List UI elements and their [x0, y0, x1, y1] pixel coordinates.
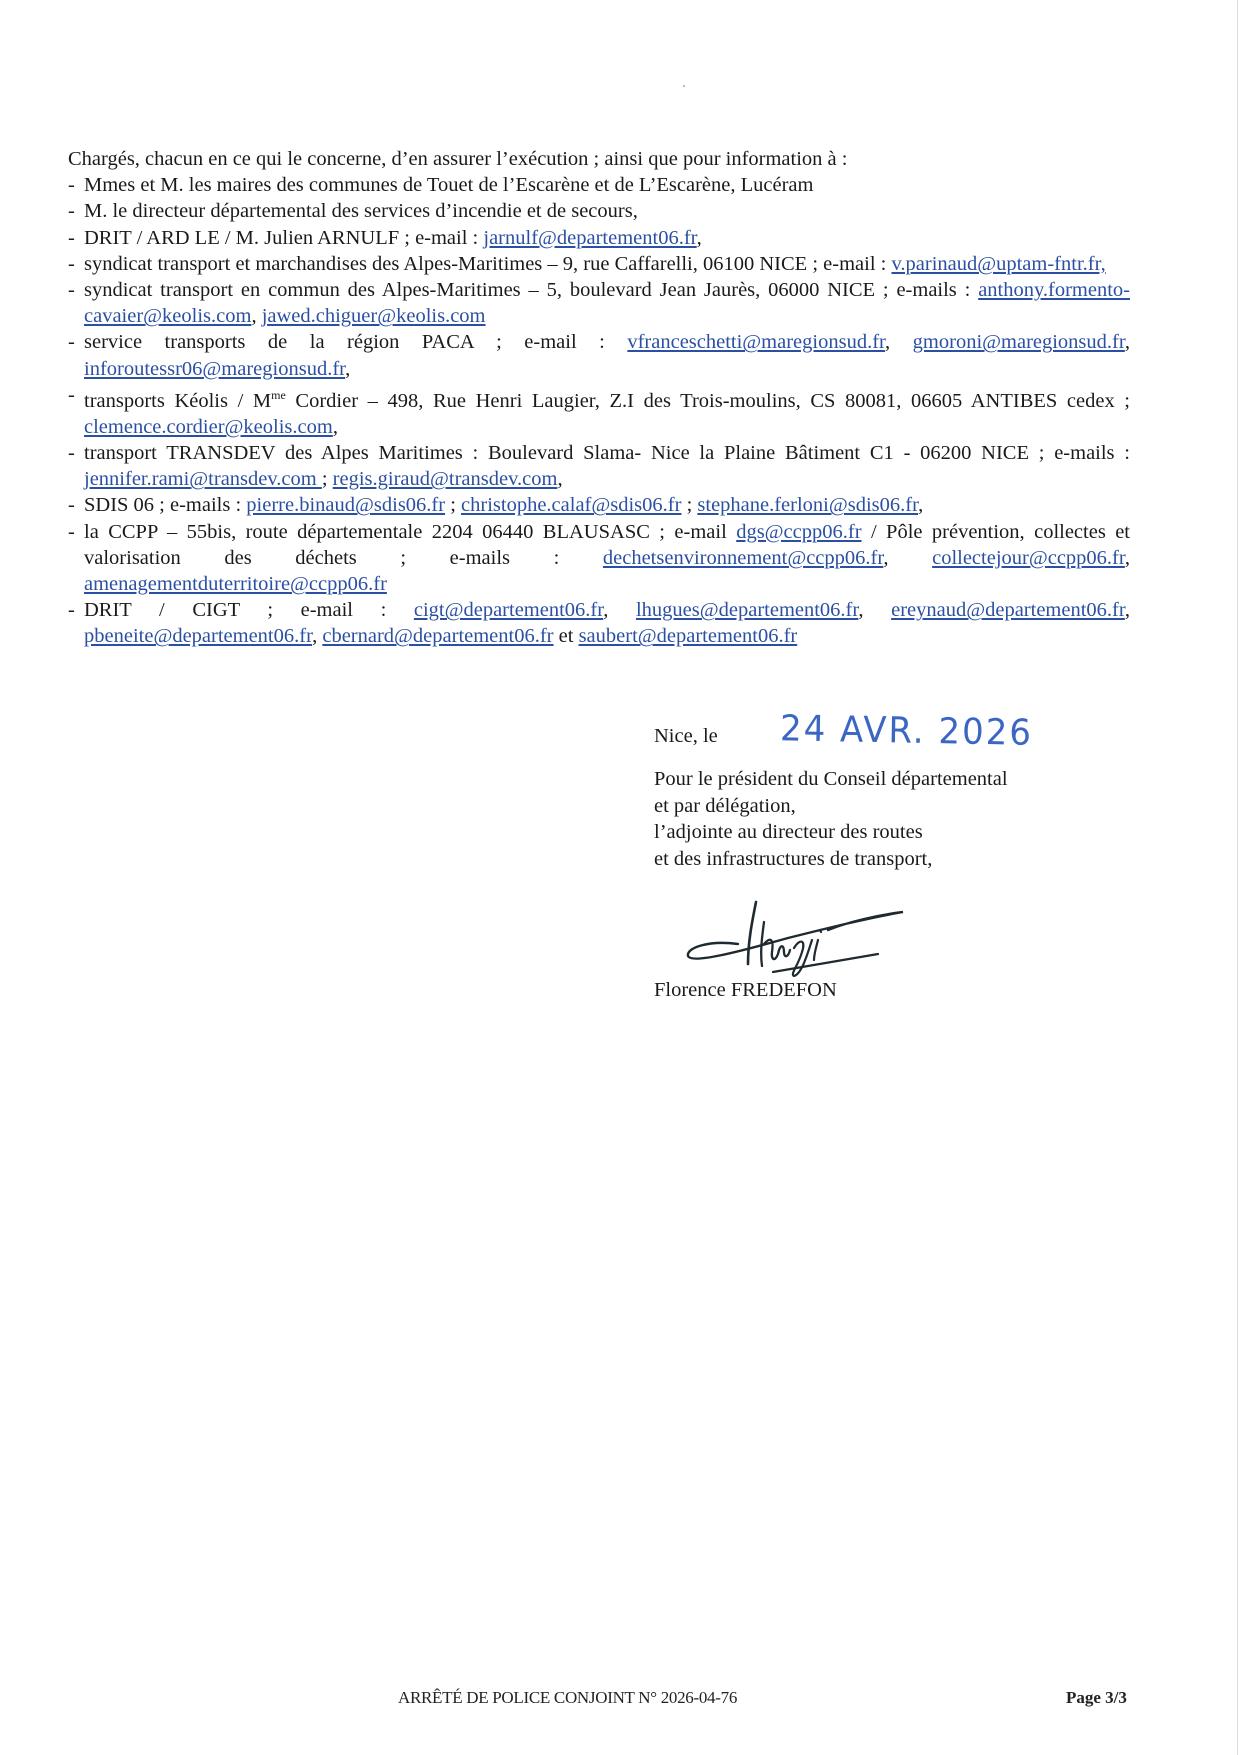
superscript: me — [271, 388, 286, 402]
recipient-list: Mmes et M. les maires des communes de To… — [68, 172, 1130, 649]
recipient-item-ccpp: la CCPP – 55bis, route départementale 22… — [68, 519, 1130, 598]
punctuation: , — [333, 416, 338, 438]
recipient-item-transdev: transport TRANSDEV des Alpes Maritimes :… — [68, 440, 1130, 492]
email-link[interactable]: pbeneite@departement06.fr — [84, 625, 312, 647]
mandate-line: et par délégation, — [654, 793, 1114, 820]
email-link[interactable]: lhugues@departement06.fr — [636, 599, 858, 621]
email-link[interactable]: jennifer.rami@transdev.com — [84, 468, 322, 490]
email-link[interactable]: jawed.chiguer@keolis.com — [262, 305, 486, 327]
intro-paragraph: Chargés, chacun en ce qui le concerne, d… — [68, 146, 1130, 172]
punctuation: , — [345, 358, 350, 380]
punctuation: , — [557, 468, 562, 490]
recipient-item-sdis-director: M. le directeur départemental des servic… — [68, 198, 1130, 224]
distribution-section: Chargés, chacun en ce qui le concerne, d… — [68, 146, 1130, 650]
recipient-text: la CCPP – 55bis, route départementale 22… — [84, 521, 736, 543]
recipient-text: Mmes et M. les maires des communes de To… — [84, 174, 813, 196]
recipient-text: syndicat transport et marchandises des A… — [84, 253, 891, 275]
email-link[interactable]: saubert@departement06.fr — [579, 625, 798, 647]
email-link[interactable]: gmoroni@maregionsud.fr — [913, 331, 1125, 353]
punctuation: , — [918, 494, 923, 516]
separator: ; — [445, 494, 461, 516]
separator: ; — [681, 494, 697, 516]
email-link[interactable]: jarnulf@departement06.fr — [483, 227, 696, 249]
date-line: Nice, le 24 AVR. 2026 — [654, 718, 1114, 766]
place-label: Nice, le — [654, 723, 718, 750]
recipient-item-uptam: syndicat transport et marchandises des A… — [68, 251, 1130, 277]
signature-block: Nice, le 24 AVR. 2026 Pour le président … — [654, 718, 1114, 1004]
email-link[interactable]: stephane.ferloni@sdis06.fr — [697, 494, 918, 516]
email-link[interactable]: christophe.calaf@sdis06.fr — [461, 494, 681, 516]
scan-speck — [683, 85, 685, 87]
email-link[interactable]: dgs@ccpp06.fr — [736, 521, 861, 543]
recipient-text: DRIT / ARD LE / M. Julien ARNULF ; e-mai… — [84, 227, 483, 249]
recipient-text: transport TRANSDEV des Alpes Maritimes :… — [84, 442, 1130, 464]
separator: ; — [322, 468, 333, 490]
recipient-text: transports Kéolis / M — [84, 390, 271, 412]
email-link[interactable]: v.parinaud@uptam-fntr.fr, — [891, 253, 1105, 275]
recipient-text: Cordier – 498, Rue Henri Laugier, Z.I de… — [286, 390, 1130, 412]
recipient-item-drit-ard: DRIT / ARD LE / M. Julien ARNULF ; e-mai… — [68, 225, 1130, 251]
recipient-text: M. le directeur départemental des servic… — [84, 200, 638, 222]
page-number: Page 3/3 — [1066, 1688, 1127, 1708]
signatory-name: Florence FREDEFON — [654, 977, 1114, 1004]
recipient-text: service transports de la région PACA ; e… — [84, 331, 627, 353]
email-link[interactable]: pierre.binaud@sdis06.fr — [246, 494, 445, 516]
recipient-item-keolis-syndicat: syndicat transport en commun des Alpes-M… — [68, 277, 1130, 329]
email-link[interactable]: dechetsenvironnement@ccpp06.fr — [603, 547, 883, 569]
handwritten-signature-icon — [678, 882, 908, 977]
email-link[interactable]: collectejour@ccpp06.fr — [932, 547, 1125, 569]
mandate-line: et des infrastructures de transport, — [654, 846, 1114, 873]
email-link[interactable]: vfranceschetti@maregionsud.fr — [627, 331, 885, 353]
email-link[interactable]: cigt@departement06.fr — [414, 599, 603, 621]
mandate-line: l’adjointe au directeur des routes — [654, 819, 1114, 846]
date-stamp: 24 AVR. 2026 — [780, 715, 1033, 747]
mandate-line: Pour le président du Conseil département… — [654, 766, 1114, 793]
recipient-text: SDIS 06 ; e-mails : — [84, 494, 246, 516]
delegation-mandate: Pour le président du Conseil département… — [654, 766, 1114, 872]
email-link[interactable]: ereynaud@departement06.fr — [891, 599, 1125, 621]
conjunction: et — [554, 625, 579, 647]
recipient-text: DRIT / CIGT ; e-mail : — [84, 599, 414, 621]
recipient-item-keolis-antibes: transports Kéolis / Mme Cordier – 498, R… — [68, 382, 1130, 440]
scan-edge-line — [1237, 0, 1238, 1755]
document-page: Chargés, chacun en ce qui le concerne, d… — [0, 0, 1240, 1755]
email-link[interactable]: clemence.cordier@keolis.com — [84, 416, 333, 438]
email-link[interactable]: cbernard@departement06.fr — [322, 625, 553, 647]
email-link[interactable]: regis.giraud@transdev.com — [333, 468, 558, 490]
email-link[interactable]: amenagementduterritoire@ccpp06.fr — [84, 573, 387, 595]
footer-reference: ARRÊTÉ DE POLICE CONJOINT N° 2026-04-76 — [398, 1688, 737, 1708]
punctuation: , — [697, 227, 702, 249]
recipient-item-mayors: Mmes et M. les maires des communes de To… — [68, 172, 1130, 198]
recipient-item-drit-cigt: DRIT / CIGT ; e-mail : cigt@departement0… — [68, 597, 1130, 649]
recipient-item-sdis06: SDIS 06 ; e-mails : pierre.binaud@sdis06… — [68, 492, 1130, 518]
recipient-item-region-paca: service transports de la région PACA ; e… — [68, 329, 1130, 381]
recipient-text: syndicat transport en commun des Alpes-M… — [84, 279, 978, 301]
email-link[interactable]: inforoutessr06@maregionsud.fr — [84, 358, 345, 380]
